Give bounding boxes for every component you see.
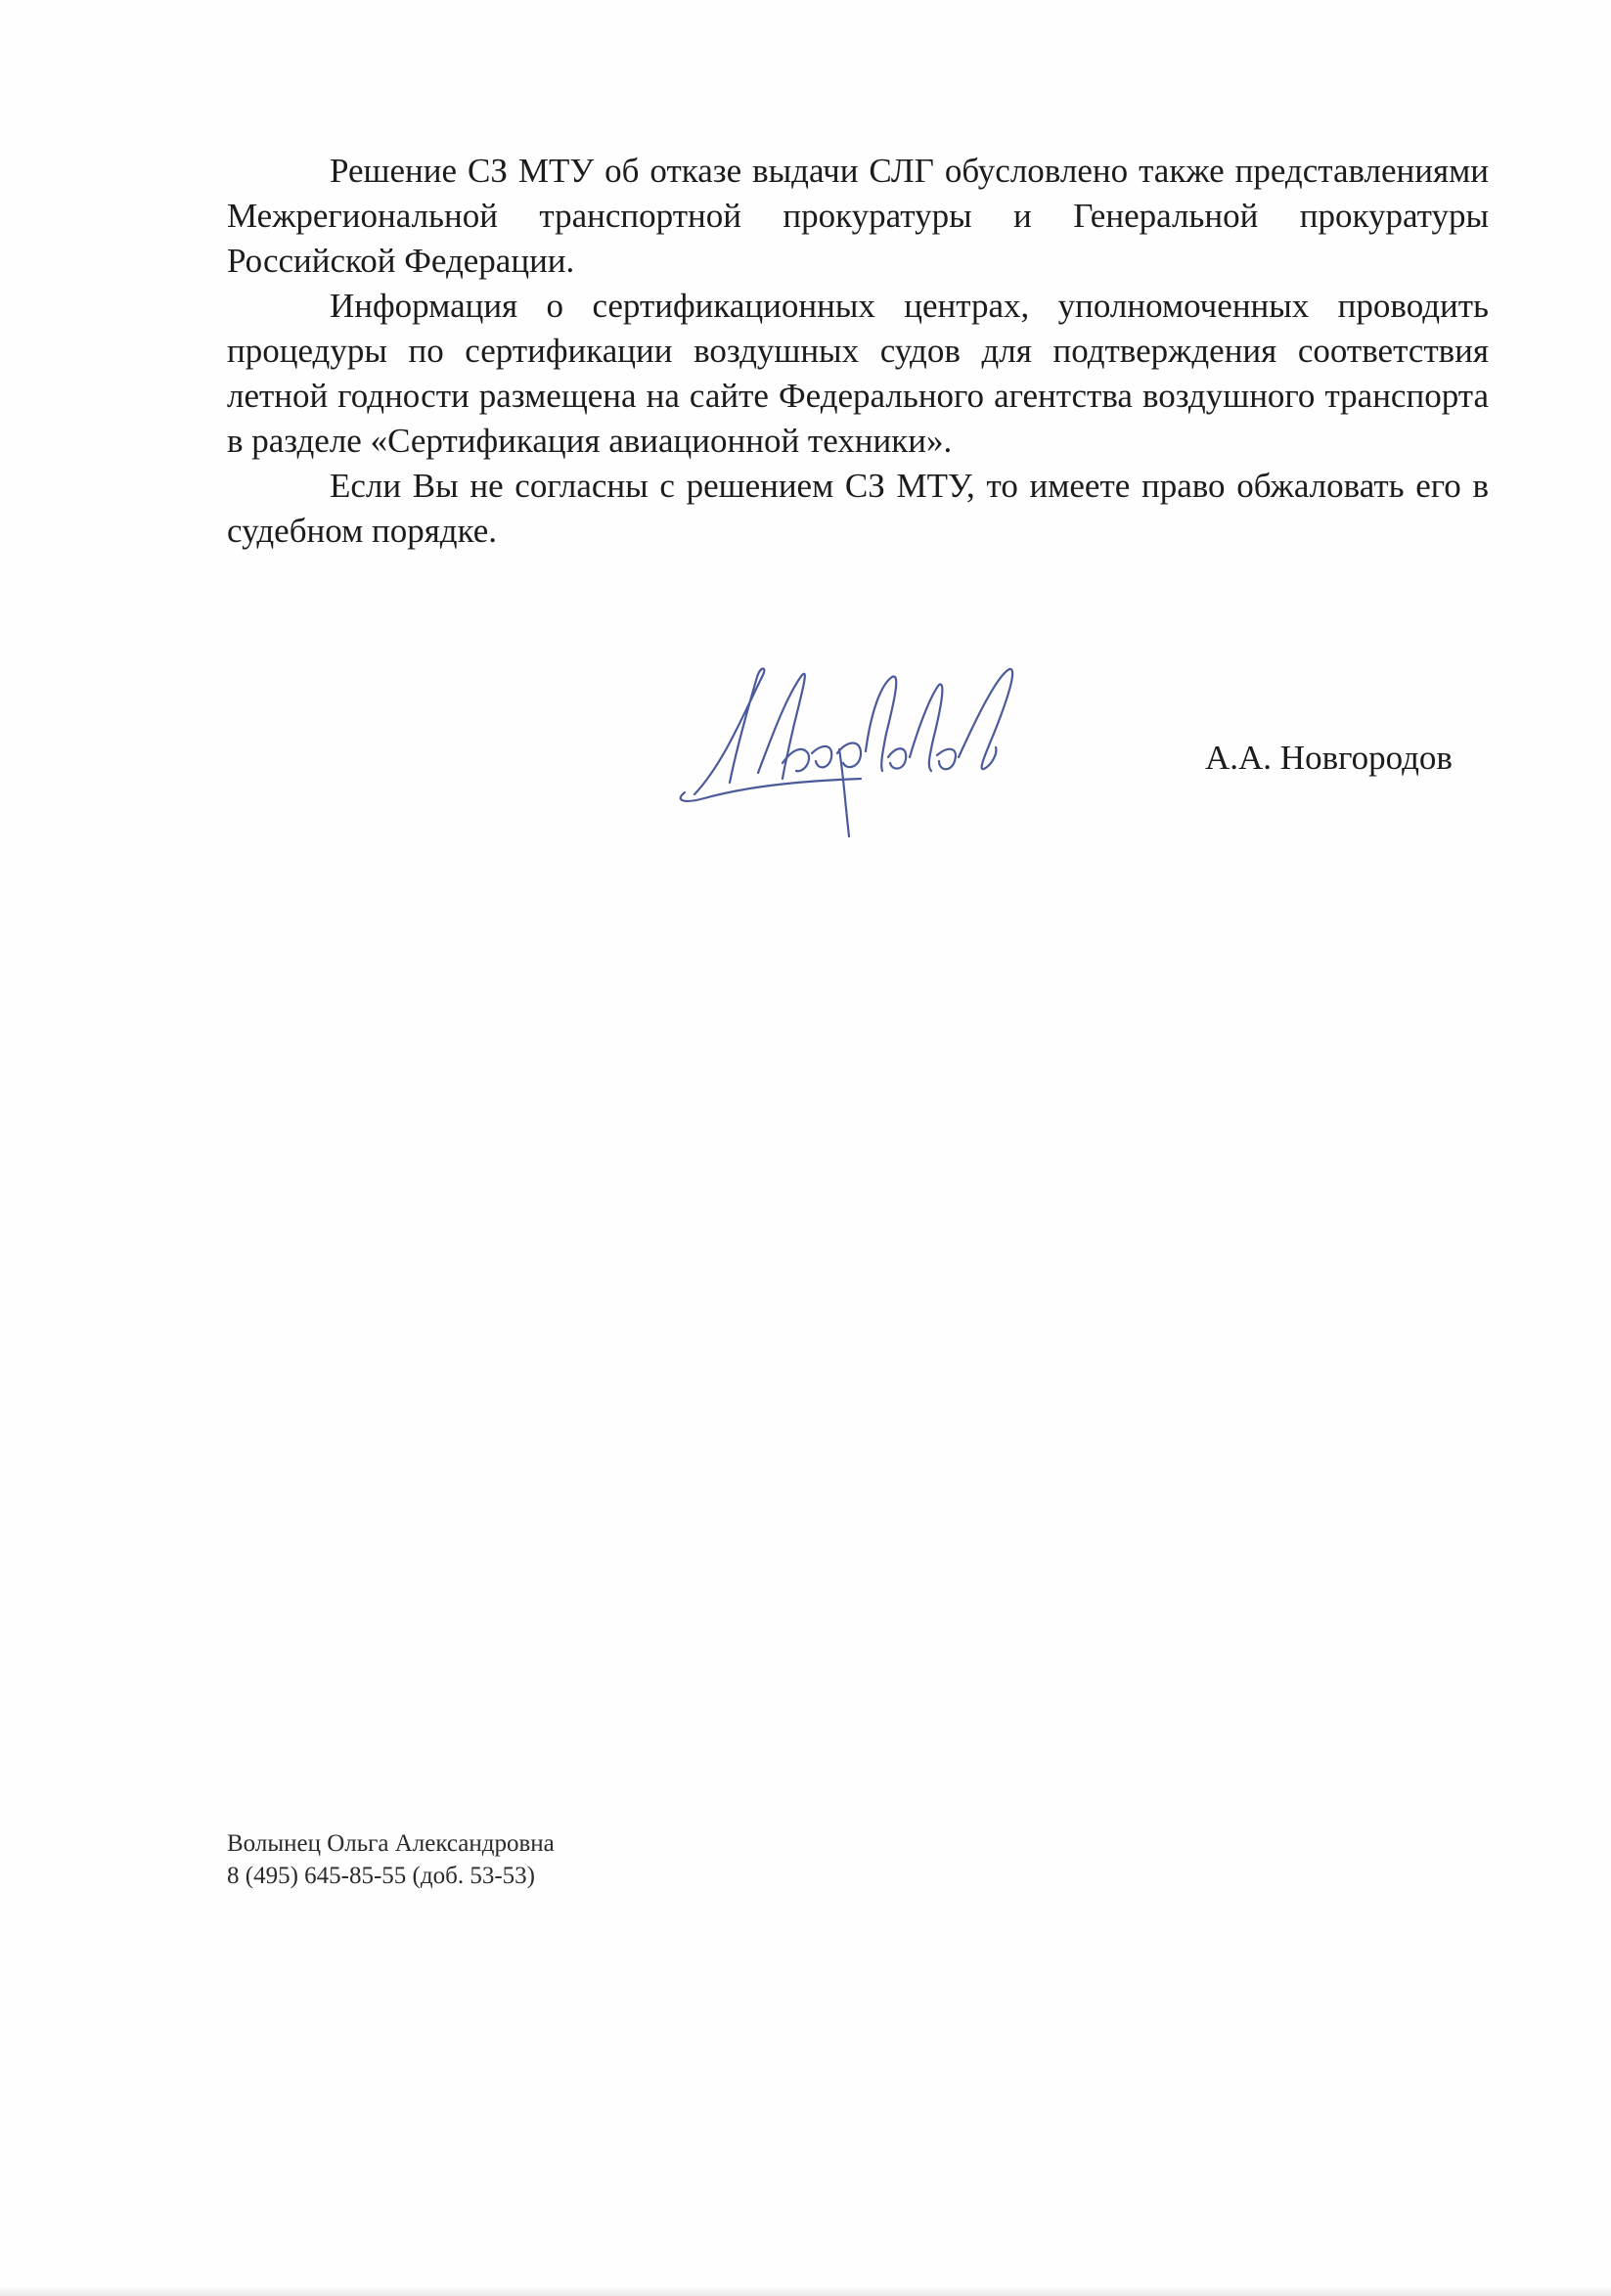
- paragraph-appeal-right: Если Вы не согласны с решением СЗ МТУ, т…: [227, 464, 1489, 554]
- handwritten-signature-icon: [665, 655, 1135, 851]
- signer-name: А.А. Новгородов: [1205, 739, 1453, 778]
- page-bottom-edge: [0, 2286, 1611, 2296]
- paragraph-refusal-reason: Решение СЗ МТУ об отказе выдачи СЛГ обус…: [227, 149, 1489, 284]
- contact-phone: 8 (495) 645-85-55 (доб. 53-53): [227, 1860, 555, 1892]
- letter-body: Решение СЗ МТУ об отказе выдачи СЛГ обус…: [227, 149, 1489, 554]
- contact-info: Волынец Ольга Александровна 8 (495) 645-…: [227, 1827, 555, 1892]
- signature-block: А.А. Новгородов: [665, 655, 1506, 851]
- document-page: Решение СЗ МТУ об отказе выдачи СЛГ обус…: [0, 0, 1611, 2296]
- paragraph-certification-info: Информация о сертификационных центрах, у…: [227, 284, 1489, 464]
- contact-person: Волынец Ольга Александровна: [227, 1827, 555, 1860]
